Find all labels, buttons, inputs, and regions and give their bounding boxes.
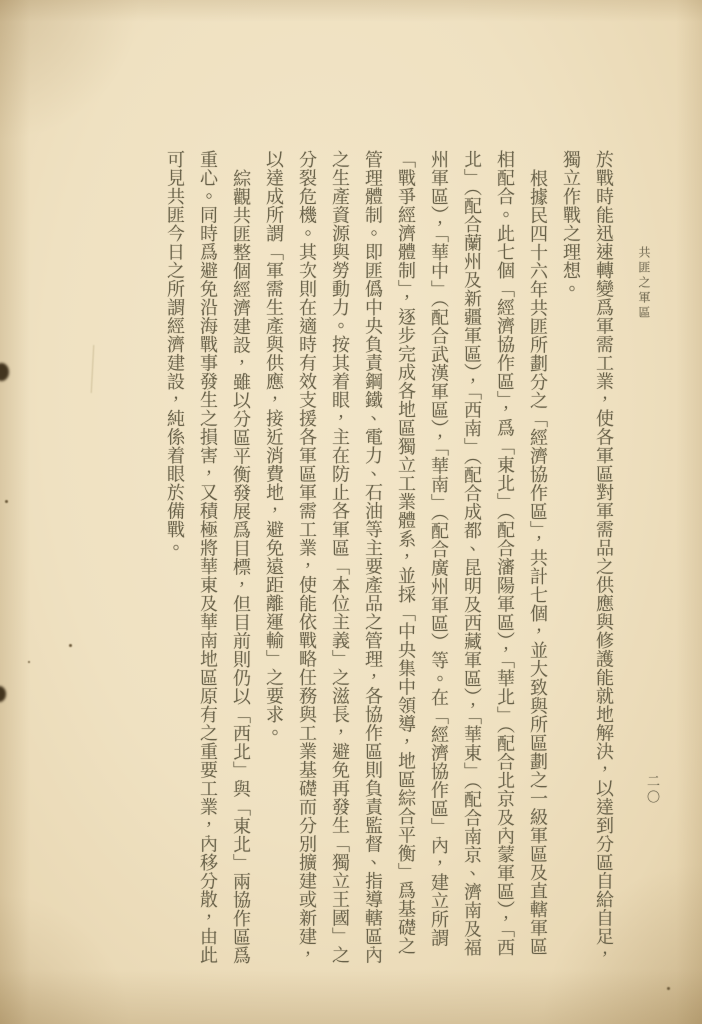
ink-speck — [69, 644, 72, 647]
binding-hole-top — [0, 363, 9, 381]
ink-speck — [5, 500, 8, 503]
paper-crease — [91, 345, 95, 393]
scanned-book-page: 共匪之軍區 二〇 於戰時能迅速轉變爲軍需工業，使各軍區對軍需品之供應與修護能就地… — [0, 0, 702, 1024]
binding-hole-bottom — [0, 686, 6, 702]
paragraph-conclusion: 綜觀共匪整個經濟建設，雖以分區平衡發展爲目標，但目前則仍以「西北」與「東北」兩協… — [158, 150, 257, 965]
ink-speck — [28, 661, 30, 663]
page-number: 二〇 — [643, 774, 662, 806]
paragraph-economic-cooperation-zones: 根據民四十六年共匪所劃分之「經濟協作區」，共計七個，並大致與所區劃之一級軍區及直… — [257, 150, 554, 965]
ink-speck — [667, 987, 670, 990]
paragraph-continuation: 於戰時能迅速轉變爲軍需工業，使各軍區對軍需品之供應與修護能就地解決，以達到分區自… — [554, 150, 620, 965]
margin-chapter-title: 共匪之軍區 — [636, 246, 653, 321]
vertical-text-block: 於戰時能迅速轉變爲軍需工業，使各軍區對軍需品之供應與修護能就地解決，以達到分區自… — [158, 150, 620, 965]
